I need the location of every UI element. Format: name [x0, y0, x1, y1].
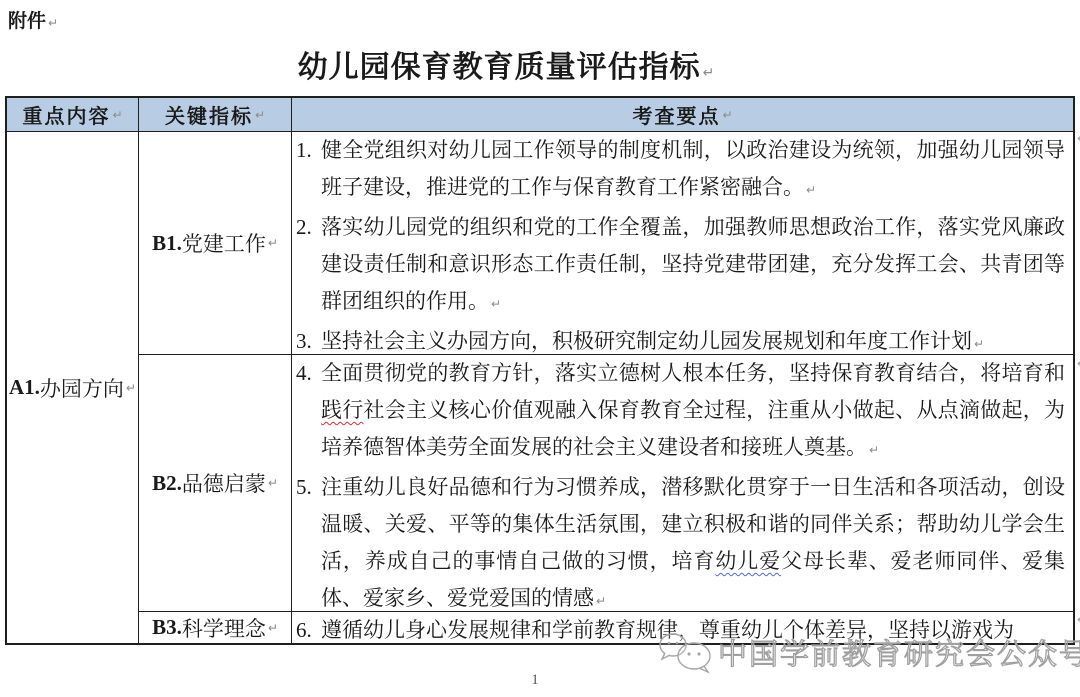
table-row-b2: B2.品德启蒙↵ 4.全面贯彻党的教育方针，落实立德树人根本任务，坚持保育教育结… [139, 355, 1073, 612]
paragraph-mark-icon: ↵ [806, 183, 816, 197]
indicator-cell-b1: B1.党建工作↵ [139, 132, 292, 354]
table-row-b1: B1.党建工作↵ 1.健全党组织对幼儿园工作领导的制度机制，以政治建设为统领，加… [139, 132, 1073, 355]
header-key-indicator: 关键指标↵ [139, 98, 292, 131]
point-item-2: 2.落实幼儿园党的组织和党的工作全覆盖，加强教师思想政治工作，落实党风廉政建设责… [296, 209, 1065, 323]
header-key-content: 重点内容↵ [7, 98, 139, 131]
point-item-5: 5.注重幼儿良好品德和行为习惯养成，潜移默化贯穿于一日生活和各项活动，创设温暖、… [296, 469, 1065, 611]
paragraph-mark-icon: ↵ [112, 108, 122, 122]
points-cell-b3: 6.遵循幼儿身心发展规律和学前教育规律，尊重幼儿个体差异，坚持以游戏为 [292, 612, 1073, 643]
paragraph-mark-icon: ↵ [268, 476, 278, 490]
paragraph-mark-icon: ↵ [703, 65, 715, 81]
points-cell-b2: 4.全面贯彻党的教育方针，落实立德树人根本任务，坚持保育教育结合，将培育和践行社… [292, 355, 1073, 611]
paragraph-mark-icon: ↵ [255, 108, 265, 122]
paragraph-mark-icon: ↵ [596, 594, 606, 608]
point-item-6: 6.遵循幼儿身心发展规律和学前教育规律，尊重幼儿个体差异，坚持以游戏为 [296, 612, 1065, 643]
point-item-3: 3.坚持社会主义办园方向，积极研究制定幼儿园发展规划和年度工作计划↵ [296, 323, 1065, 354]
paragraph-mark-icon: ↵ [126, 381, 136, 395]
indicator-cell-b3: B3.科学理念↵ [139, 612, 292, 643]
table-header-row: 重点内容↵ 关键指标↵ 考查要点↵ [7, 98, 1073, 132]
page-number: 1 [0, 672, 1070, 689]
paragraph-mark-icon: ↵ [268, 236, 278, 250]
page-title: 幼儿园保育教育质量评估指标↵ [0, 42, 1012, 86]
grammar-marked-text: 幼儿爱 [715, 549, 781, 573]
points-cell-b1: 1.健全党组织对幼儿园工作领导的制度机制，以政治建设为统领，加强幼儿园领导班子建… [292, 132, 1073, 354]
paragraph-mark-icon: ↵ [974, 337, 984, 351]
header-inspection-points: 考查要点↵ [292, 98, 1073, 131]
key-content-cell-a1: A1.办园方向↵ [7, 132, 139, 643]
paragraph-mark-icon: ↵ [268, 621, 278, 635]
attachment-label: 附件↵ [8, 6, 58, 33]
document-page: 附件↵ 幼儿园保育教育质量评估指标↵ 重点内容↵ 关键指标↵ 考查要点↵ A1.… [0, 0, 1080, 697]
paragraph-mark-icon: ↵ [722, 108, 732, 122]
point-item-4: 4.全面贯彻党的教育方针，落实立德树人根本任务，坚持保育教育结合，将培育和践行社… [296, 355, 1065, 469]
evaluation-table: 重点内容↵ 关键指标↵ 考查要点↵ A1.办园方向↵ B1.党建工作↵ 1.健全… [5, 96, 1075, 645]
paragraph-mark-icon: ↵ [869, 443, 879, 457]
point-item-1: 1.健全党组织对幼儿园工作领导的制度机制，以政治建设为统领，加强幼儿园领导班子建… [296, 132, 1065, 209]
paragraph-mark-icon: ↵ [48, 16, 58, 30]
spellcheck-marked-text: 践行 [321, 398, 364, 422]
table-row-b3: B3.科学理念↵ 6.遵循幼儿身心发展规律和学前教育规律，尊重幼儿个体差异，坚持… [139, 612, 1073, 643]
table-body: A1.办园方向↵ B1.党建工作↵ 1.健全党组织对幼儿园工作领导的制度机制，以… [7, 132, 1073, 643]
paragraph-mark-icon: ↵ [491, 297, 501, 311]
indicator-cell-b2: B2.品德启蒙↵ [139, 355, 292, 611]
